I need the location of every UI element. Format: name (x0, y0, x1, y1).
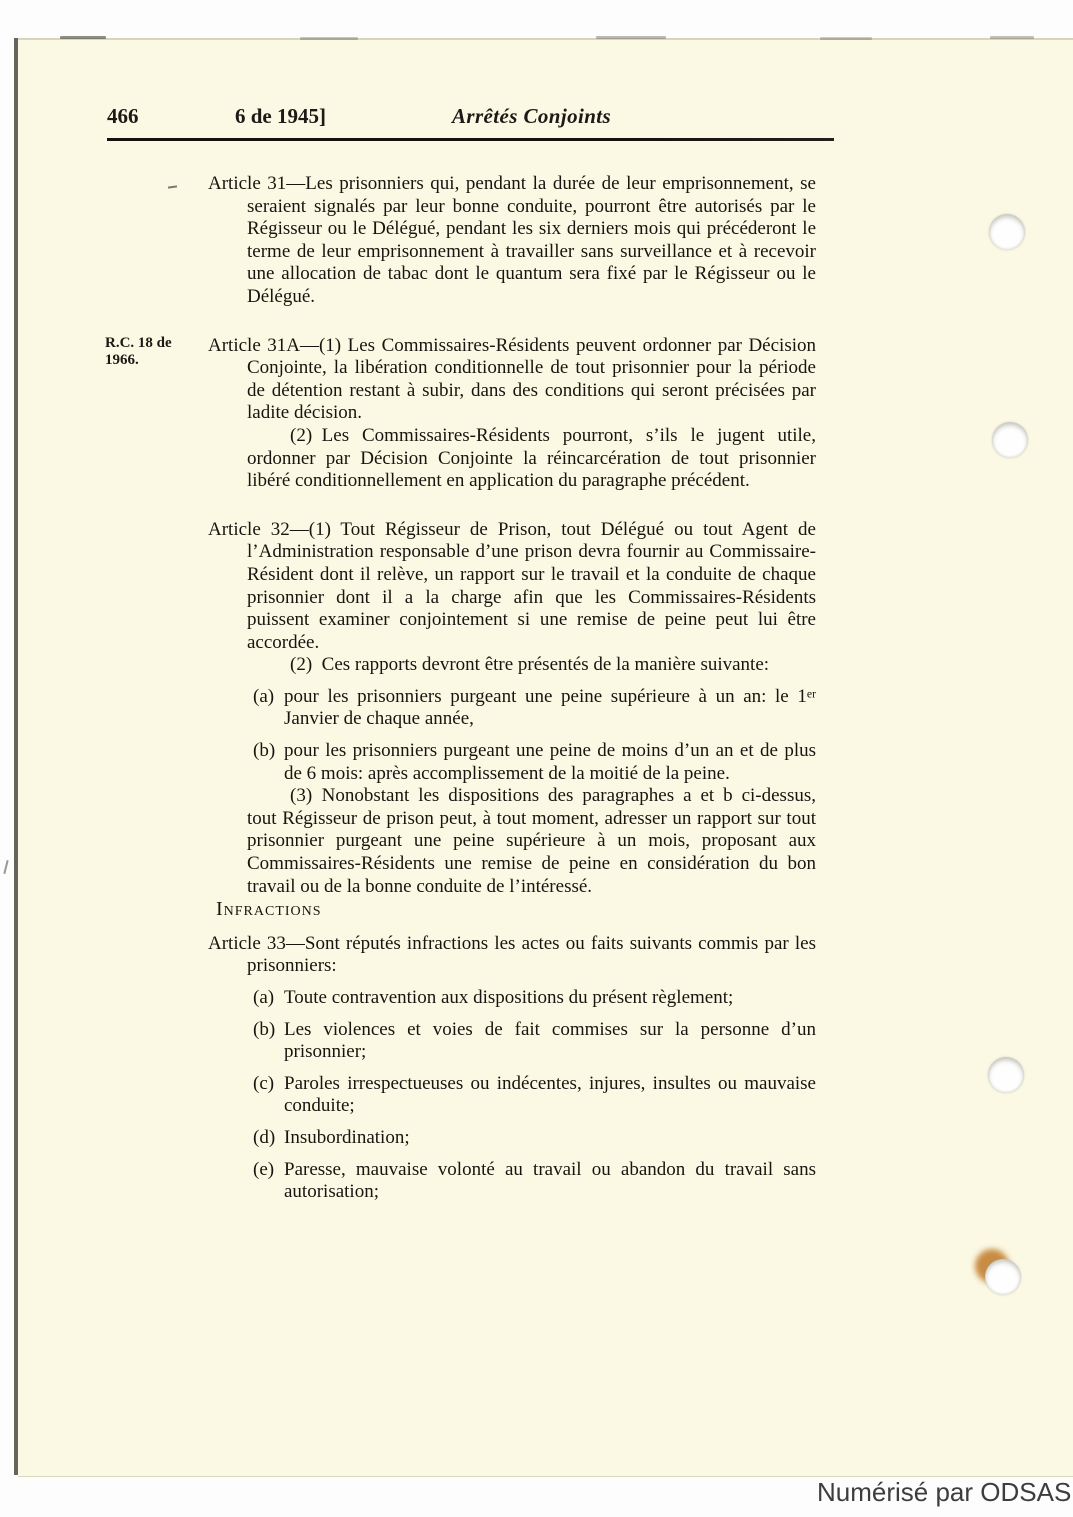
list-item-33b: (b) Les violences et voies de fait commi… (208, 1019, 816, 1064)
punch-hole (988, 1057, 1024, 1093)
scan-artifact (60, 36, 106, 39)
list-item-33e: (e) Paresse, mauvaise volonté au travail… (208, 1159, 816, 1204)
page-left-edge-shadow (14, 38, 18, 1475)
list-marker: (b) (253, 1019, 275, 1042)
list-item-text: pour les prisonniers purgeant une peine … (284, 740, 816, 784)
margin-note-line1: R.C. 18 de (105, 335, 205, 352)
text-column: Article 31—Les prisonniers qui, pendant … (208, 173, 816, 1204)
punch-hole (985, 1259, 1021, 1295)
list-item-33a: (a) Toute contravention aux dispositions… (208, 987, 816, 1010)
list-marker: (b) (253, 740, 275, 763)
scan-artifact (300, 37, 358, 40)
list-item-text: Paroles irrespectueuses ou indécentes, i… (284, 1073, 816, 1117)
punch-hole (992, 422, 1028, 458)
list-item-text: pour les prisonniers purgeant une peine … (284, 686, 807, 707)
scan-artifact (990, 36, 1034, 39)
margin-note-line2: 1966. (105, 352, 205, 369)
article-31a-paragraph-1: Article 31A—(1) Les Commissaires-Résiden… (208, 335, 816, 425)
punch-hole (989, 214, 1025, 250)
digitization-credit: Numérisé par ODSAS (817, 1477, 1071, 1508)
article-31a-paragraph-2: (2) Les Commissaires-Résidents pourront,… (208, 425, 816, 493)
scan-artifact (820, 37, 872, 40)
list-item-33d: (d) Insubordination; (208, 1127, 816, 1150)
article-32-paragraph-1: Article 32—(1) Tout Régisseur de Prison,… (208, 519, 816, 655)
article-32-paragraph-3: (3) Nonobstant les dispositions des para… (208, 785, 816, 898)
running-title: Arrêtés Conjoints (452, 104, 611, 129)
page-number: 466 (107, 104, 139, 129)
article-31: Article 31—Les prisonniers qui, pendant … (208, 173, 816, 309)
margin-note: R.C. 18 de 1966. (105, 335, 205, 369)
article-33-intro: Article 33—Sont réputés infractions les … (208, 933, 816, 978)
list-item-33c: (c) Paroles irrespectueuses ou indécente… (208, 1073, 816, 1118)
list-item-text: Paresse, mauvaise volonté au travail ou … (284, 1159, 816, 1203)
section-heading-infractions: Infractions (208, 898, 816, 921)
document-reference: 6 de 1945] (235, 104, 326, 129)
list-item-text: Toute contravention aux dispositions du … (284, 987, 733, 1008)
scan-artifact (3, 860, 8, 874)
list-marker: (c) (253, 1073, 274, 1096)
list-item-32a: (a) pour les prisonniers purgeant une pe… (208, 686, 816, 731)
list-marker: (e) (253, 1159, 274, 1182)
article-32-paragraph-2: (2) Ces rapports devront être présentés … (208, 654, 816, 677)
list-item-32b: (b) pour les prisonniers purgeant une pe… (208, 740, 816, 785)
list-item-text: Janvier de chaque année, (284, 708, 474, 729)
header-rule (107, 138, 834, 141)
superscript-ordinal: er (807, 687, 816, 700)
list-marker: (a) (253, 686, 274, 709)
list-item-text: Les violences et voies de fait commises … (284, 1019, 816, 1063)
scan-artifact (596, 36, 666, 39)
list-item-text: Insubordination; (284, 1127, 410, 1148)
scan-canvas: { "page": { "header": { "page_number": "… (0, 0, 1073, 1517)
list-marker: (d) (253, 1127, 275, 1150)
list-marker: (a) (253, 987, 274, 1010)
